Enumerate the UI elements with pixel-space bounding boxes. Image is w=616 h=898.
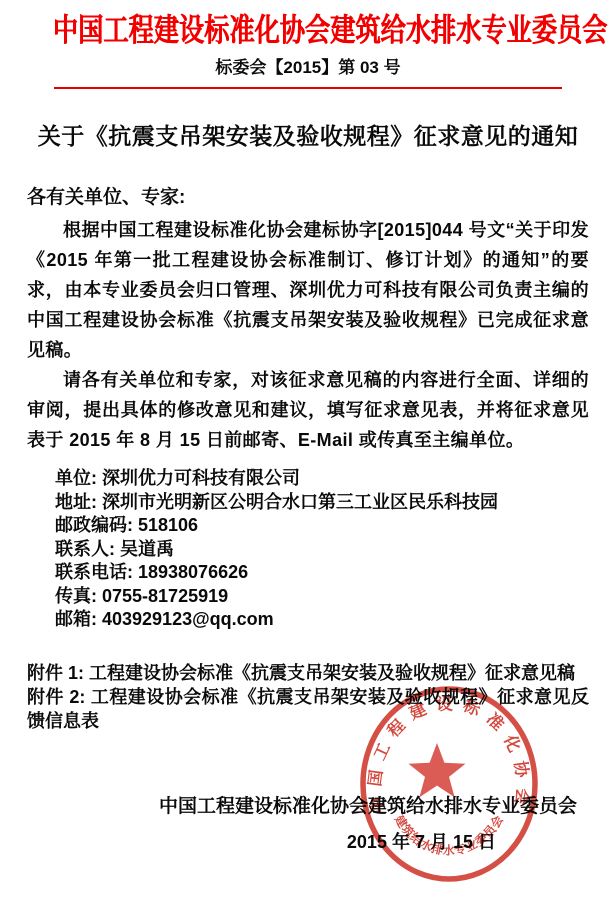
contact-line-unit: 单位: 深圳优力可科技有限公司 (55, 467, 589, 491)
document-number: 标委会【2015】第 03 号 (0, 53, 616, 78)
contact-line-phone: 联系电话: 18938076626 (55, 561, 589, 585)
body-paragraph-2: 请各有关单位和专家，对该征求意见稿的内容进行全面、详细的审阅，提出具体的修改意见… (27, 365, 589, 455)
contact-block: 单位: 深圳优力可科技有限公司 地址: 深圳市光明新区公明合水口第三工业区民乐科… (55, 467, 589, 632)
signature-org: 中国工程建设标准化协会建筑给水排水专业委员会 (27, 791, 589, 818)
contact-line-person: 联系人: 吴道禹 (55, 538, 589, 562)
contact-line-email: 邮箱: 403929123@qq.com (55, 608, 589, 632)
body-paragraph-1: 根据中国工程建设标准化协会建标协字[2015]044 号文“关于印发《2015 … (27, 215, 589, 365)
notice-document-page: 中国工程建设标准化协会建筑给水排水专业委员会 标委会【2015】第 03 号 关… (0, 0, 616, 898)
header-divider-line (54, 87, 562, 89)
contact-line-fax: 传真: 0755-81725919 (55, 585, 589, 609)
salutation: 各有关单位、专家: (27, 182, 589, 209)
attachments-block: 附件 1: 工程建设协会标准《抗震支吊架安装及验收规程》征求意见稿 附件 2: … (27, 661, 589, 733)
document-body: 各有关单位、专家: 根据中国工程建设标准化协会建标协字[2015]044 号文“… (27, 182, 589, 854)
issuing-org-title: 中国工程建设标准化协会建筑给水排水专业委员会 (0, 12, 616, 48)
contact-line-postcode: 邮政编码: 518106 (55, 514, 589, 538)
signature-date: 2015 年 7 月 15 日 (27, 828, 589, 854)
issuing-org-title-text: 中国工程建设标准化协会建筑给水排水专业委员会 (53, 12, 607, 50)
notice-title: 关于《抗震支吊架安装及验收规程》征求意见的通知 (0, 118, 616, 151)
signature-block: 中国工程建设标准化协会建筑给水排水专业委员会 2015 年 7 月 15 日 (27, 791, 589, 854)
attachment-line-1: 附件 1: 工程建设协会标准《抗震支吊架安装及验收规程》征求意见稿 (27, 661, 589, 685)
contact-line-address: 地址: 深圳市光明新区公明合水口第三工业区民乐科技园 (55, 491, 589, 515)
attachment-line-2: 附件 2: 工程建设协会标准《抗震支吊架安装及验收规程》征求意见反馈信息表 (27, 685, 589, 733)
